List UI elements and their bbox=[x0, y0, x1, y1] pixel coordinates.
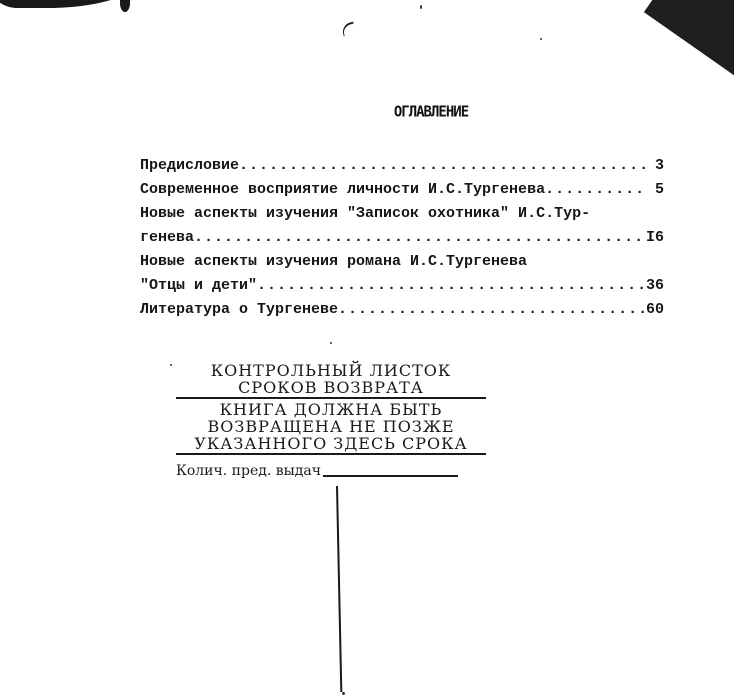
stamp-title-line: СРОКОВ ВОЗВРАТА bbox=[176, 379, 486, 396]
toc-leader-dots bbox=[545, 178, 646, 202]
stamp-divider bbox=[176, 453, 486, 455]
stamp-count-row: Колич. пред. выдач bbox=[176, 463, 486, 479]
scan-speck bbox=[540, 38, 542, 40]
toc-leader-dots bbox=[257, 274, 646, 298]
scan-shadow-tab bbox=[120, 0, 130, 12]
toc-entry-fathers-sons-line1: Новые аспекты изучения романа И.С.Турген… bbox=[140, 250, 664, 274]
table-of-contents: Предисловие 3 Современное восприятие лич… bbox=[140, 154, 664, 322]
toc-entry-literature: Литература о Тургеневе 60 bbox=[140, 298, 664, 322]
toc-entry-hunter-notes-line1: Новые аспекты изучения "Записок охотника… bbox=[140, 202, 664, 226]
toc-entry-page: I6 bbox=[646, 226, 664, 250]
toc-entry-title: Новые аспекты изучения романа И.С.Турген… bbox=[140, 250, 527, 274]
toc-entry-preface: Предисловие 3 bbox=[140, 154, 664, 178]
stamp-title-line: КОНТРОЛЬНЫЙ ЛИСТОК bbox=[176, 362, 486, 379]
toc-entry-page: 60 bbox=[646, 298, 664, 322]
toc-entry-perception: Современное восприятие личности И.С.Тург… bbox=[140, 178, 664, 202]
toc-entry-page: 3 bbox=[646, 154, 664, 178]
toc-entry-title: Современное восприятие личности И.С.Тург… bbox=[140, 178, 545, 202]
toc-entry-title: Предисловие bbox=[140, 154, 239, 178]
scan-speck bbox=[420, 5, 422, 9]
stamp-column-divider bbox=[336, 486, 342, 692]
toc-entry-title: Литература о Тургеневе bbox=[140, 298, 338, 322]
scan-shadow-top-right bbox=[644, 0, 734, 75]
stamp-count-label: Колич. пред. выдач bbox=[176, 463, 321, 479]
stamp-notice-line: КНИГА ДОЛЖНА БЫТЬ bbox=[176, 401, 486, 418]
pen-mark bbox=[341, 22, 357, 37]
toc-leader-dots bbox=[338, 298, 646, 322]
scan-speck bbox=[342, 692, 345, 695]
toc-entry-page: 36 bbox=[646, 274, 664, 298]
stamp-divider bbox=[176, 397, 486, 399]
scan-shadow-top-left bbox=[0, 0, 130, 8]
toc-leader-dots bbox=[239, 154, 646, 178]
scan-speck bbox=[330, 342, 332, 344]
toc-entry-title: генева bbox=[140, 226, 194, 250]
stamp-count-blank bbox=[323, 475, 458, 477]
toc-entry-hunter-notes-line2: генева I6 bbox=[140, 226, 664, 250]
stamp-notice-line: УКАЗАННОГО ЗДЕСЬ СРОКА bbox=[176, 435, 486, 452]
library-return-stamp: КОНТРОЛЬНЫЙ ЛИСТОК СРОКОВ ВОЗВРАТА КНИГА… bbox=[176, 362, 486, 479]
scan-speck bbox=[170, 364, 172, 366]
toc-entry-title: Новые аспекты изучения "Записок охотника… bbox=[140, 202, 590, 226]
stamp-notice-line: ВОЗВРАЩЕНА НЕ ПОЗЖЕ bbox=[176, 418, 486, 435]
toc-entry-fathers-sons-line2: "Отцы и дети" 36 bbox=[140, 274, 664, 298]
toc-heading: ОГЛАВЛЕНИЕ bbox=[0, 103, 734, 121]
toc-entry-page: 5 bbox=[646, 178, 664, 202]
toc-entry-title: "Отцы и дети" bbox=[140, 274, 257, 298]
toc-leader-dots bbox=[194, 226, 646, 250]
